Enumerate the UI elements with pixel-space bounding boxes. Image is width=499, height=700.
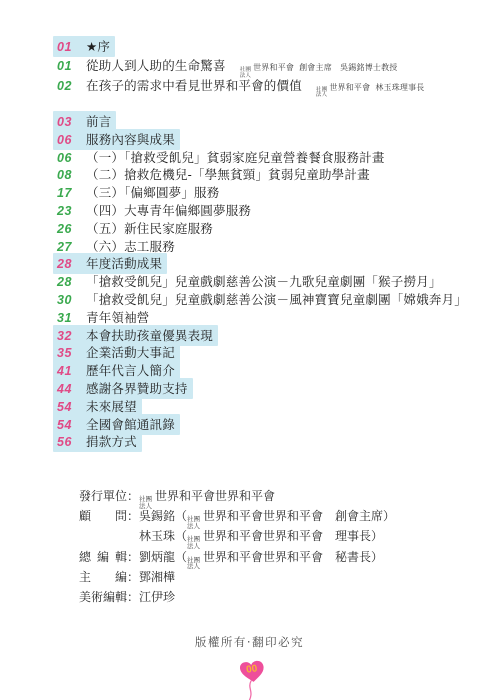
org-name: 世界和平會 xyxy=(203,548,263,565)
publisher-role: 世界和平會 秘書長） xyxy=(263,548,383,565)
publisher-row: 林玉珠（社團法人世界和平會世界和平會 理事長） xyxy=(79,527,395,547)
publisher-label: 顧問 xyxy=(79,507,127,524)
publisher-name: 劉炳龍（ xyxy=(139,548,187,565)
toc-entry-title: （五）新住民家庭服務 xyxy=(86,219,213,237)
toc-entry-title: 從助人到人助的生命驚喜 xyxy=(86,56,226,74)
toc-page-number: 06 xyxy=(57,151,79,165)
toc-entry-title: （三）「偏鄉圓夢」服務 xyxy=(86,183,219,201)
publisher-content: 鄧湘樺 xyxy=(139,568,175,585)
publisher-name: 林玉珠（ xyxy=(139,527,187,544)
toc-entry-title: 本會扶助孩童優異表現 xyxy=(86,326,213,344)
toc-row: 56捐款方式 xyxy=(57,431,472,449)
toc-page-number: 03 xyxy=(57,115,79,129)
balloon-number: 00 xyxy=(246,663,259,676)
toc-row: 54全國會館通訊錄 xyxy=(57,414,472,432)
org-name: 世界和平會 xyxy=(155,487,215,504)
publisher-row: 總編輯：劉炳龍（社團法人世界和平會世界和平會 秘書長） xyxy=(79,548,395,568)
toc-row: 27（六）志工服務 xyxy=(57,236,472,254)
publisher-colon: ： xyxy=(127,507,139,524)
toc-row: 54未來展望 xyxy=(57,396,472,414)
publisher-content: 江伊珍 xyxy=(139,588,175,605)
publisher-label: 總編輯 xyxy=(79,548,127,565)
publisher-row: 發行單位：社團法人世界和平會世界和平會 xyxy=(79,487,395,507)
publisher-colon: ： xyxy=(127,588,139,605)
toc-entry-title: 全國會館通訊錄 xyxy=(86,415,175,433)
toc-entry: 56捐款方式 xyxy=(53,431,142,452)
org-name: 世界和平會 xyxy=(203,507,263,524)
toc-row: 26（五）新住民家庭服務 xyxy=(57,218,472,236)
publisher-label: 美術編輯 xyxy=(79,588,127,605)
org-legal-form-line: 法人 xyxy=(316,93,327,99)
toc-row: 32本會扶助孩童優異表現 xyxy=(57,325,472,343)
toc-page-number: 06 xyxy=(57,133,79,147)
toc-page: 01★序01從助人到人助的生命驚喜社團法人世界和平會創會主席 吳錫銘博士教授02… xyxy=(0,0,499,700)
publisher-label: 主編 xyxy=(79,568,127,585)
org-legal-form-line: 法人 xyxy=(187,524,200,531)
publisher-block: 發行單位：社團法人世界和平會世界和平會顧問：吳錫銘（社團法人世界和平會世界和平會… xyxy=(79,487,395,608)
org-legal-form-mark: 社團法人 xyxy=(316,88,327,100)
toc-page-number: 32 xyxy=(57,329,79,343)
toc-page-number: 23 xyxy=(57,204,79,218)
toc-entry-title: 前言 xyxy=(86,112,111,130)
toc-entry-title: 「搶救受飢兒」兒童戲劇慈善公演－九歌兒童劇團「猴子撈月」 xyxy=(86,272,442,290)
toc-row: 08（二）搶救危機兒-「學無貧頸」貧弱兒童助學計畫 xyxy=(57,164,472,182)
toc-row: 41歷年代言人簡介 xyxy=(57,360,472,378)
toc-entry-title: 未來展望 xyxy=(86,397,137,415)
toc-row: 28年度活動成果 xyxy=(57,253,472,271)
toc-page-number: 01 xyxy=(57,40,79,54)
org-legal-form-mark: 社團法人 xyxy=(187,517,200,531)
toc-note-person: 創會主席 吳錫銘博士教授 xyxy=(299,62,397,73)
toc-main-list: 03前言06服務內容與成果06（一）「搶救受飢兒」貧弱家庭兒童營養餐食服務計畫0… xyxy=(57,111,472,449)
toc-entry-note: 社團法人世界和平會林玉珠理事長 xyxy=(316,82,425,99)
toc-entry-title: （一）「搶救受飢兒」貧弱家庭兒童營養餐食服務計畫 xyxy=(86,148,385,166)
publisher-name: 鄧湘樺 xyxy=(139,568,175,585)
toc-entry-title: 歷年代言人簡介 xyxy=(86,361,175,379)
toc-row: 06（一）「搶救受飢兒」貧弱家庭兒童營養餐食服務計畫 xyxy=(57,147,472,165)
heart-balloon-icon: 00 xyxy=(231,655,277,700)
toc-page-number: 30 xyxy=(57,293,79,307)
toc-entry-title: 「搶救受飢兒」兒童戲劇慈善公演－風神寶寶兒童劇團「嫦娥奔月」 xyxy=(86,290,467,308)
publisher-name: 江伊珍 xyxy=(139,588,175,605)
toc-page-number: 54 xyxy=(57,400,79,414)
publisher-colon: ： xyxy=(127,568,139,585)
publisher-row: 主編：鄧湘樺 xyxy=(79,568,395,588)
org-legal-form-mark: 社團法人 xyxy=(187,558,200,572)
toc-page-number: 35 xyxy=(57,346,79,360)
org-legal-form-mark: 社團法人 xyxy=(139,497,152,511)
toc-page-number: 54 xyxy=(57,418,79,432)
org-name: 世界和平會 xyxy=(253,62,294,73)
toc-page-number: 56 xyxy=(57,435,79,449)
publisher-role: 世界和平會 xyxy=(215,487,275,504)
toc-entry-title: 感謝各界贊助支持 xyxy=(86,379,188,397)
toc-row: 06服務內容與成果 xyxy=(57,129,472,147)
toc-entry: 01從助人到人助的生命驚喜 xyxy=(53,55,231,76)
toc-row: 01★序 xyxy=(57,36,425,55)
toc-page-number: 26 xyxy=(57,222,79,236)
balloon-string xyxy=(248,681,251,700)
toc-entry-title: （四）大專青年偏鄉圓夢服務 xyxy=(86,201,251,219)
toc-entry-title: 年度活動成果 xyxy=(86,254,162,272)
copyright-text: 版權所有‧翻印必究 xyxy=(0,634,499,650)
org-legal-form-line: 法人 xyxy=(240,74,251,80)
publisher-row: 顧問：吳錫銘（社團法人世界和平會世界和平會 創會主席） xyxy=(79,507,395,527)
toc-page-number: 01 xyxy=(57,59,79,73)
toc-entry: 02在孩子的需求中看見世界和平會的價值 xyxy=(53,75,307,96)
toc-page-number: 44 xyxy=(57,382,79,396)
publisher-row: 美術編輯：江伊珍 xyxy=(79,588,395,608)
org-name: 世界和平會 xyxy=(329,82,370,93)
toc-row: 28「搶救受飢兒」兒童戲劇慈善公演－九歌兒童劇團「猴子撈月」 xyxy=(57,271,472,289)
toc-entry-title: ★序 xyxy=(86,37,110,55)
toc-row: 44感謝各界贊助支持 xyxy=(57,378,472,396)
toc-page-number: 31 xyxy=(57,311,79,325)
publisher-label: 發行單位 xyxy=(79,487,127,504)
toc-entry-title: 捐款方式 xyxy=(86,432,137,450)
publisher-role: 世界和平會 創會主席） xyxy=(263,507,395,524)
toc-page-number: 27 xyxy=(57,240,79,254)
toc-page-number: 28 xyxy=(57,257,79,271)
publisher-colon: ： xyxy=(127,487,139,504)
org-legal-form-line: 法人 xyxy=(139,504,152,511)
toc-page-number: 17 xyxy=(57,186,79,200)
toc-page-number: 41 xyxy=(57,364,79,378)
toc-entry: 01★序 xyxy=(53,36,115,57)
toc-row: 01從助人到人助的生命驚喜社團法人世界和平會創會主席 吳錫銘博士教授 xyxy=(57,55,425,74)
toc-page-number: 02 xyxy=(57,79,79,93)
toc-entry-title: 企業活動大事記 xyxy=(86,343,175,361)
publisher-content: 劉炳龍（社團法人世界和平會世界和平會 秘書長） xyxy=(139,548,383,571)
publisher-colon: ： xyxy=(127,548,139,565)
toc-row: 30「搶救受飢兒」兒童戲劇慈善公演－風神寶寶兒童劇團「嫦娥奔月」 xyxy=(57,289,472,307)
toc-note-person: 林玉珠理事長 xyxy=(375,82,424,93)
toc-entry-title: 青年領袖營 xyxy=(86,308,150,326)
toc-entry-title: （二）搶救危機兒-「學無貧頸」貧弱兒童助學計畫 xyxy=(86,165,370,183)
toc-entry-title: 在孩子的需求中看見世界和平會的價值 xyxy=(86,76,302,94)
org-legal-form-line: 法人 xyxy=(187,544,200,551)
toc-row: 03前言 xyxy=(57,111,472,129)
toc-page-number: 28 xyxy=(57,275,79,289)
publisher-role: 世界和平會 理事長） xyxy=(263,527,383,544)
org-legal-form-mark: 社團法人 xyxy=(187,537,200,551)
toc-entry-title: 服務內容與成果 xyxy=(86,130,175,148)
toc-page-number: 08 xyxy=(57,168,79,182)
toc-entry-title: （六）志工服務 xyxy=(86,237,175,255)
org-legal-form-line: 法人 xyxy=(187,564,200,571)
org-name: 世界和平會 xyxy=(203,527,263,544)
toc-row: 23（四）大專青年偏鄉圓夢服務 xyxy=(57,200,472,218)
toc-row: 35企業活動大事記 xyxy=(57,342,472,360)
toc-serial-list: 01★序01從助人到人助的生命驚喜社團法人世界和平會創會主席 吳錫銘博士教授02… xyxy=(57,36,425,94)
org-legal-form-mark: 社團法人 xyxy=(240,68,251,80)
